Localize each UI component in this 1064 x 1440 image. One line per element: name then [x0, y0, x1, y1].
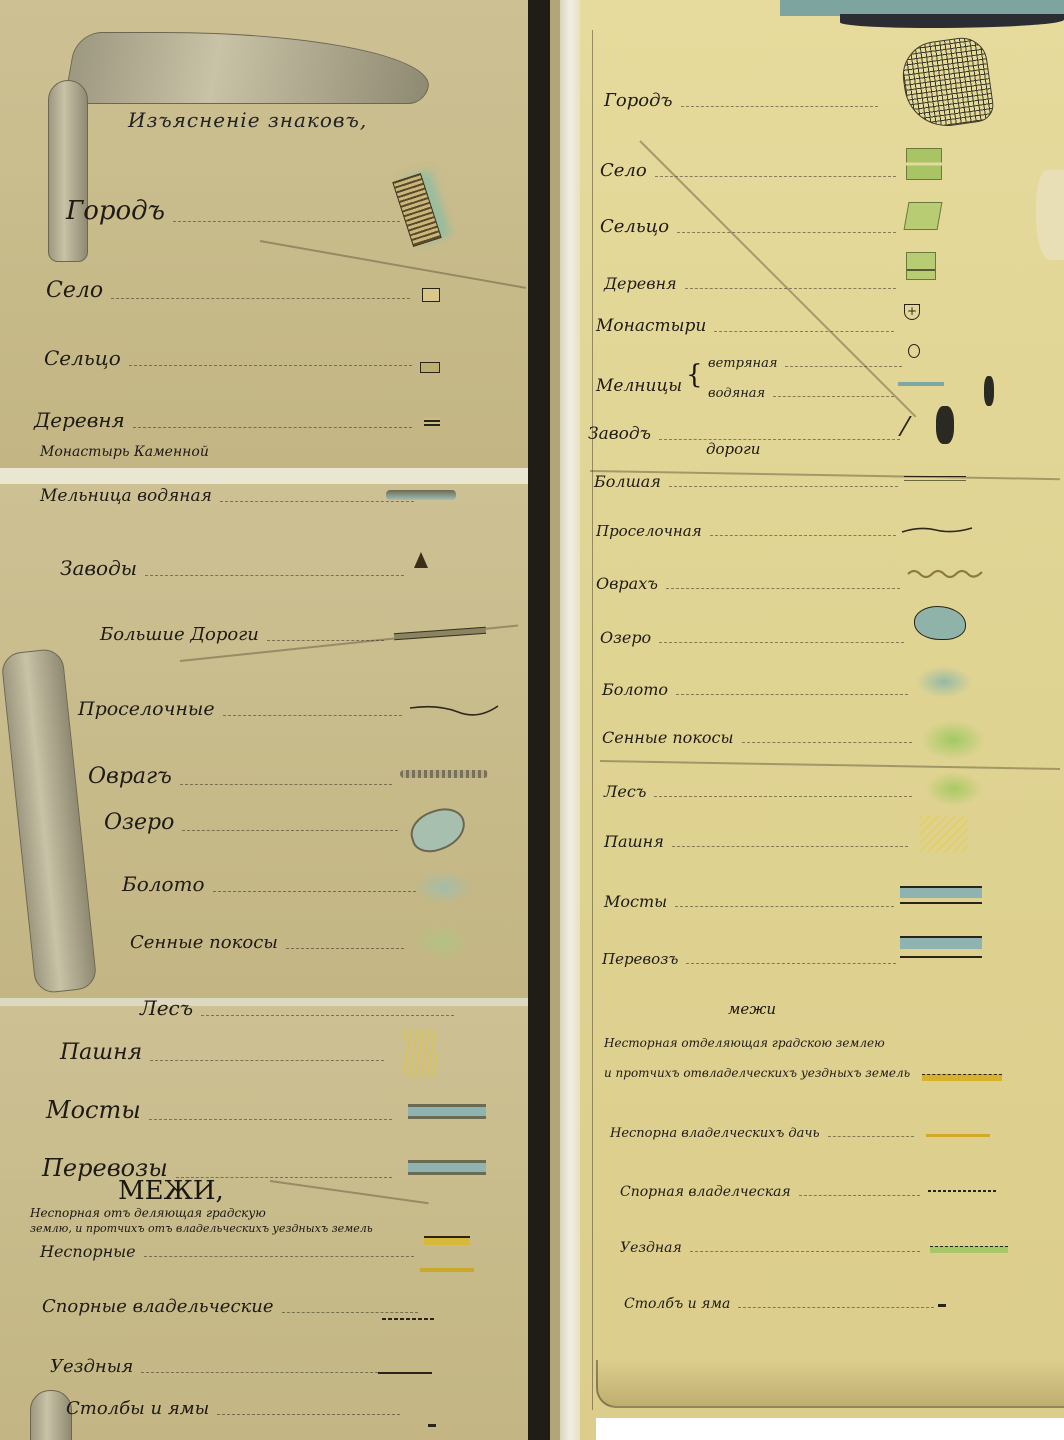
legend-row: Столбы и ямы: [66, 1398, 406, 1419]
legend-label: Оврагъ: [88, 764, 172, 789]
owner-boundary-icon: [926, 1134, 990, 1137]
legend-label: Пашня: [604, 832, 664, 851]
ferry-icon: [408, 1160, 486, 1180]
hamlet-icon: [420, 362, 440, 373]
hamlet-icon: [904, 202, 943, 230]
legend-row: водяная: [708, 386, 900, 401]
legend-label: Озеро: [600, 628, 651, 647]
ravine-icon: [906, 566, 986, 582]
legend-row: Спорная владелческая: [620, 1184, 926, 1200]
legend-label: Неспорные: [40, 1242, 136, 1261]
legend-sublabel: водяная: [708, 386, 765, 401]
legend-row: Лесъ: [140, 996, 460, 1020]
legend-label: Оврахъ: [596, 574, 658, 593]
legend-label: Столбъ и яма: [624, 1296, 730, 1312]
posts-and-pits-icon: [428, 1424, 436, 1427]
country-road-icon: [900, 522, 974, 538]
legend-label: Болшая: [594, 472, 661, 491]
legend-row: Мосты: [604, 892, 900, 911]
legend-row: Заводы: [60, 556, 410, 580]
legend-label: Мельница водяная: [40, 486, 212, 506]
small-village-icon: [906, 252, 936, 280]
legend-label: Спорные владельческие: [42, 1296, 274, 1317]
legend-row: Неспорные: [40, 1242, 420, 1261]
legend-label: Уездная: [620, 1240, 682, 1256]
legend-row: ветряная: [708, 356, 908, 371]
legend-label: Мелницы: [596, 376, 682, 396]
legend-row: Деревня: [34, 408, 418, 432]
swamp-icon: [414, 870, 474, 904]
legend-row: Болото: [602, 680, 914, 699]
small-village-icon: [424, 418, 440, 426]
roads-heading: дороги: [706, 440, 760, 458]
legend-row: Городъ: [604, 90, 884, 111]
brace: {: [686, 360, 703, 390]
legend-row: Проселочная: [596, 522, 902, 540]
binding-edge: [550, 0, 560, 1440]
legend-row: Несторная отделяющая градскою землею: [604, 1036, 934, 1050]
ink-blot: [936, 406, 954, 444]
legend-label: Столбы и ямы: [66, 1398, 209, 1419]
legend-label: Мосты: [604, 892, 667, 911]
legend-label: Большие Дороги: [100, 624, 259, 645]
district-boundary-icon: [930, 1246, 1008, 1253]
legend-label: Сенные покосы: [130, 932, 278, 953]
legend-row: Уездныя: [50, 1356, 424, 1377]
swamp-icon: [916, 666, 972, 698]
ink-blot: [984, 376, 994, 406]
legend-row: Уездная: [620, 1240, 926, 1256]
legend-row: Спорные владельческие: [42, 1296, 424, 1317]
legend-label: Болото: [122, 872, 205, 896]
legend-row: Неспорна владелческихъ дачь: [610, 1126, 920, 1141]
scroll-frame: [592, 30, 599, 1410]
scroll-ribbon-left: [48, 80, 88, 262]
legend-label: Сенные покосы: [602, 728, 734, 747]
boundary-note: Неспорная отъ деляющая градскую: [30, 1206, 266, 1220]
legend-label: Мосты: [46, 1096, 141, 1124]
legend-row: и протчихъ отвладелческихъ уездныхъ земе…: [604, 1066, 922, 1080]
legend-row: Оврахъ: [596, 574, 906, 593]
legend-label: Озеро: [104, 810, 174, 835]
factory-icon: [414, 552, 428, 568]
windmill-icon: [908, 344, 920, 358]
legend-row: Сельцо: [44, 346, 418, 370]
legend-label: Городъ: [604, 90, 673, 111]
legend-row: Мосты: [46, 1096, 398, 1124]
legend-row: Проселочные: [78, 698, 408, 720]
legend-label: Деревня: [34, 408, 125, 432]
bridge-icon: [408, 1104, 486, 1124]
legend-label: и протчихъ отвладелческихъ уездныхъ земе…: [604, 1066, 910, 1080]
arable-land-icon: [920, 816, 968, 852]
legend-label: Село: [600, 160, 647, 181]
disputed-boundary-icon: [928, 1190, 998, 1192]
ferry-icon: [900, 936, 982, 960]
legend-label: Болото: [602, 680, 668, 699]
legend-row: Мельница водяная: [40, 486, 420, 506]
legend-row: Оврагъ: [88, 764, 398, 789]
legend-row: Озеро: [104, 810, 404, 835]
blank-area: [596, 1418, 1064, 1440]
legend-label: Пашня: [60, 1040, 142, 1065]
legend-row: Сенные покосы: [130, 932, 410, 953]
legend-title: Изъясненіе знаковъ,: [128, 108, 367, 132]
legend-row: Монастыри: [596, 316, 900, 336]
sheet-divider: [560, 0, 580, 1440]
legend-label: Уездныя: [50, 1356, 133, 1377]
legend-row: Болото: [122, 872, 422, 896]
legend-row: Болшая: [594, 472, 904, 491]
sheet-seam: [0, 468, 560, 484]
legend-row: Село: [600, 160, 902, 181]
ravine-icon: [400, 770, 488, 778]
legend-row: Село: [46, 278, 416, 303]
legend-row: Перевозъ: [602, 950, 902, 968]
legend-row: Столбъ и яма: [624, 1296, 940, 1312]
legend-row: Большие Дороги: [100, 624, 390, 645]
town-boundary-icon: [424, 1236, 470, 1245]
legend-label: Несторная отделяющая градскою землею: [604, 1036, 885, 1050]
arable-land-icon: [404, 1030, 438, 1078]
boundaries-heading: МЕЖИ,: [118, 1176, 224, 1206]
legend-row: Сельцо: [600, 216, 902, 237]
lake-icon: [914, 606, 966, 640]
paper-hole: [1036, 170, 1064, 260]
legend-label: Заводы: [60, 556, 137, 580]
legend-row: Мелницы: [596, 376, 686, 396]
legend-label: Проселочные: [78, 698, 215, 720]
undisputed-boundary-icon: [420, 1268, 474, 1272]
legend-sublabel: ветряная: [708, 356, 777, 371]
district-boundary-icon: [378, 1372, 432, 1374]
monastery-icon: +: [904, 304, 920, 320]
legend-label: Деревня: [604, 274, 677, 293]
main-road-icon: [904, 476, 966, 481]
hayfield-icon: [920, 720, 986, 760]
legend-label: Село: [46, 278, 103, 303]
legend-label: Проселочная: [596, 522, 702, 540]
legend-label: Заводъ: [588, 424, 651, 444]
legend-label: Сельцо: [600, 216, 669, 237]
legend-label: Спорная владелческая: [620, 1184, 791, 1200]
legend-label: Лесъ: [140, 996, 193, 1020]
boundaries-heading: межи: [728, 1000, 776, 1018]
legend-row: Сенные покосы: [602, 728, 918, 747]
hayfield-icon: [414, 924, 470, 960]
forest-icon: [926, 772, 982, 806]
water-mill-icon: [898, 382, 944, 386]
legend-label: Перевозъ: [602, 950, 678, 968]
legend-row: Городъ: [66, 196, 406, 226]
legend-row: Деревня: [604, 274, 902, 293]
country-road-icon: [408, 702, 500, 718]
binding-spine: [528, 0, 550, 1440]
scroll-bottom-curl: [596, 1360, 1064, 1408]
village-with-church-icon: [422, 288, 440, 302]
disputed-boundary-icon: [382, 1318, 436, 1320]
legend-row: Пашня: [604, 832, 914, 851]
boundary-note: землю, и протчихъ отъ владельческихъ уез…: [30, 1222, 373, 1235]
legend-label: Монастыри: [596, 316, 706, 336]
legend-label: Монастырь Каменной: [40, 444, 209, 460]
posts-and-pits-icon: [938, 1304, 946, 1307]
legend-label: Сельцо: [44, 346, 121, 370]
legend-label: Неспорна владелческихъ дачь: [610, 1126, 820, 1141]
legend-label: Городъ: [66, 196, 165, 226]
legend-row: Лесъ: [604, 782, 918, 801]
bridge-icon: [900, 886, 982, 906]
village-with-church-icon: [906, 148, 942, 180]
legend-label: Лесъ: [604, 782, 646, 801]
legend-row: Озеро: [600, 628, 910, 647]
legend-row: Монастырь Каменной: [40, 444, 340, 460]
water-mill-icon: [386, 490, 456, 500]
town-boundary-icon: [922, 1074, 1002, 1081]
legend-row: Пашня: [60, 1040, 390, 1065]
